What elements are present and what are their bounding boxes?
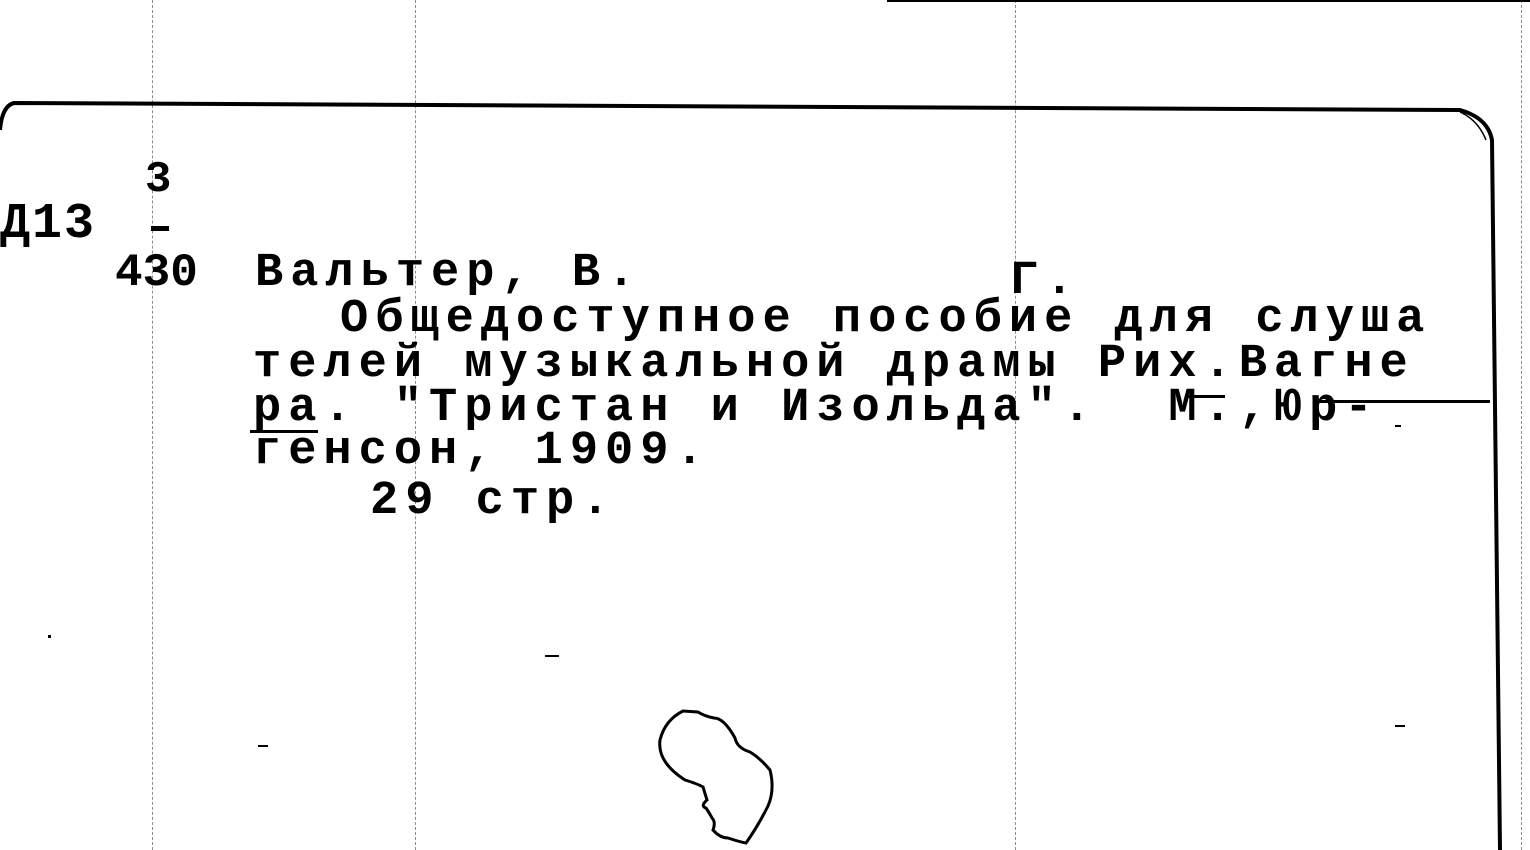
hand-drawn-loop-mark: [660, 711, 772, 843]
speck: [1395, 425, 1401, 427]
entry-line-1: Общедоступное пособие для слуша: [340, 296, 1431, 343]
speck: [258, 745, 268, 747]
author-heading: Вальтер, В.: [255, 250, 642, 297]
underline-rih: [1185, 395, 1225, 398]
pagination-line: 29 стр.: [370, 478, 616, 525]
speck: [48, 635, 51, 638]
call-number-fraction-bar: [151, 226, 169, 231]
speck: [545, 655, 559, 657]
underline-wagner: [1315, 400, 1490, 403]
scan-artifact-line: [152, 0, 154, 850]
entry-line-2: телей музыкальной драмы Рих.Вагне: [253, 341, 1415, 388]
call-number-superscript: 3: [145, 158, 177, 202]
scan-artifact-line: [1521, 0, 1523, 850]
call-number-subscript: 430: [115, 250, 198, 296]
entry-line-4: генсон, 1909.: [253, 428, 711, 475]
call-number-main: Д13: [0, 200, 96, 250]
speck: [1395, 725, 1405, 727]
scanned-catalog-card: 3 Д13 430 Вальтер, В. Г. Общедоступное п…: [0, 0, 1530, 850]
underline-ra: [250, 430, 318, 433]
